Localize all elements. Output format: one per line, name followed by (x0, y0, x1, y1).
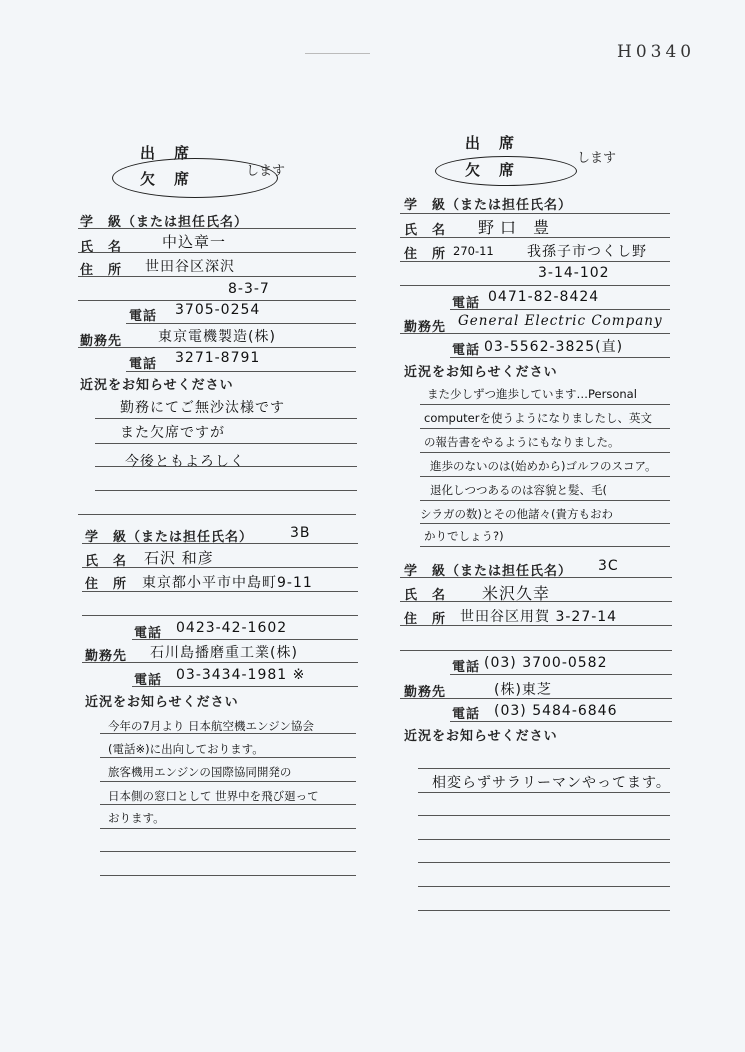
rule (420, 523, 670, 524)
document-id: H0340 (617, 42, 695, 62)
rule (418, 886, 670, 887)
rule (400, 625, 672, 626)
workplace-value: General Electric Company (458, 313, 663, 329)
phone-value: 3705-0254 (175, 302, 260, 318)
phone-label: 電話 (452, 656, 480, 675)
rule (82, 543, 358, 544)
rule (126, 371, 356, 372)
news-label: 近況をお知らせください (404, 361, 558, 380)
top-rule (305, 53, 370, 54)
address-line1: 東京都小平市中島町9-11 (142, 572, 313, 592)
news-line: シラガの数)とその他諸々(貴方もおわ (420, 506, 613, 522)
name-value: 野口 豊 (478, 215, 555, 238)
news-line: の報告書をやるようにもなりました。 (424, 434, 620, 450)
news-line: また欠席ですが (120, 422, 225, 442)
rule (418, 862, 670, 863)
news-line: 今後ともよろしく (125, 451, 245, 471)
rule (420, 476, 670, 477)
news-line: 相変らずサラリーマンやってます。 (432, 772, 671, 792)
work-phone-value: 03-3434-1981 ※ (176, 667, 305, 683)
rule (78, 228, 356, 229)
rule (100, 828, 356, 829)
rule (450, 721, 672, 722)
news-line: computerを使うようになりましたし、英文 (424, 410, 652, 426)
news-line: かりでしょう?) (424, 528, 504, 544)
news-line: おります。 (108, 810, 165, 826)
address-label: 住 所 (85, 573, 127, 592)
rule (78, 514, 356, 515)
work-phone-label: 電話 (129, 353, 157, 372)
rule (100, 804, 356, 805)
rule (100, 875, 356, 876)
class-value: 3C (598, 558, 619, 574)
rule (132, 639, 358, 640)
news-line: 進歩のないのは(始めから)ゴルフのスコア。 (430, 458, 657, 474)
rule (418, 792, 670, 793)
rule (100, 733, 356, 734)
rule (450, 357, 670, 358)
rule (126, 323, 356, 324)
name-value: 中込章一 (162, 231, 226, 252)
rule (100, 781, 356, 782)
phone-value: 0423-42-1602 (176, 620, 287, 636)
rule (418, 815, 670, 816)
rule (100, 757, 356, 758)
work-phone-value: 3271-8791 (175, 350, 260, 366)
rule (95, 466, 357, 467)
rule (400, 601, 672, 602)
news-label: 近況をお知らせください (85, 691, 239, 710)
rule (95, 418, 357, 419)
absent-circle-mark (112, 158, 278, 198)
rule (400, 698, 672, 699)
workplace-value: (株)東芝 (494, 679, 552, 699)
rule (82, 591, 358, 592)
rule (400, 577, 672, 578)
rule (100, 851, 356, 852)
address-line1: 世田谷区用賀 3-27-14 (460, 606, 617, 626)
address-line1: 世田谷区深沢 (145, 256, 235, 276)
address-line2: 3-14-102 (538, 265, 610, 281)
attend-option: 出 席 (465, 132, 516, 153)
attendance-suffix: します (577, 147, 616, 166)
rule (78, 252, 356, 253)
news-label: 近況をお知らせください (80, 374, 234, 393)
work-phone-label: 電話 (452, 703, 480, 722)
news-line: 旅客機用エンジンの国際協同開発の (108, 764, 291, 780)
rule (420, 546, 670, 547)
workplace-value: 東京電機製造(株) (158, 326, 276, 346)
rule (132, 686, 358, 687)
address-line2: 8-3-7 (228, 281, 270, 297)
rule (82, 662, 358, 663)
rule (400, 650, 672, 651)
rule (78, 276, 356, 277)
phone-label: 電話 (129, 305, 157, 324)
rule (420, 500, 670, 501)
rule (95, 443, 357, 444)
work-phone-value: 03-5562-3825(直) (484, 336, 623, 356)
rule (400, 237, 670, 238)
rule (400, 213, 670, 214)
phone-value: (03) 3700-0582 (484, 655, 608, 671)
work-phone-value: (03) 5484-6846 (494, 703, 618, 719)
rule (420, 404, 670, 405)
absent-circle-mark (435, 156, 577, 186)
rule (78, 300, 356, 301)
news-line: 日本側の窓口として 世界中を飛び廻って (108, 788, 319, 804)
news-label: 近況をお知らせください (404, 725, 558, 744)
rule (418, 768, 670, 769)
rule (450, 674, 672, 675)
rule (420, 452, 670, 453)
class-label: 学 級（または担任氏名） (404, 194, 572, 213)
rule (420, 428, 670, 429)
rule (78, 347, 356, 348)
workplace-value: 石川島播磨重工業(株) (150, 642, 298, 662)
news-line: (電話※)に出向しております。 (108, 741, 264, 757)
postal-code: 270-11 (453, 244, 494, 258)
rule (418, 839, 670, 840)
rule (82, 567, 358, 568)
name-label: 氏 名 (404, 219, 446, 238)
work-phone-label: 電話 (452, 339, 480, 358)
phone-value: 0471-82-8424 (488, 289, 599, 305)
address-label: 住 所 (404, 243, 446, 262)
rule (95, 490, 357, 491)
rule (450, 309, 670, 310)
rule (400, 285, 670, 286)
rule (418, 910, 670, 911)
address-line1: 我孫子市つくし野 (527, 241, 647, 261)
rule (400, 333, 670, 334)
rule (400, 261, 670, 262)
news-line: 今年の7月より 日本航空機エンジン協会 (108, 718, 314, 734)
name-value: 石沢 和彦 (144, 547, 214, 568)
news-line: 退化しつつあるのは容貌と髪、毛( (430, 482, 607, 498)
rule (82, 615, 358, 616)
news-line: また少しずつ進歩しています…Personal (427, 386, 637, 402)
class-value: 3B (290, 525, 311, 541)
news-line: 勤務にてご無沙汰様です (120, 397, 285, 417)
